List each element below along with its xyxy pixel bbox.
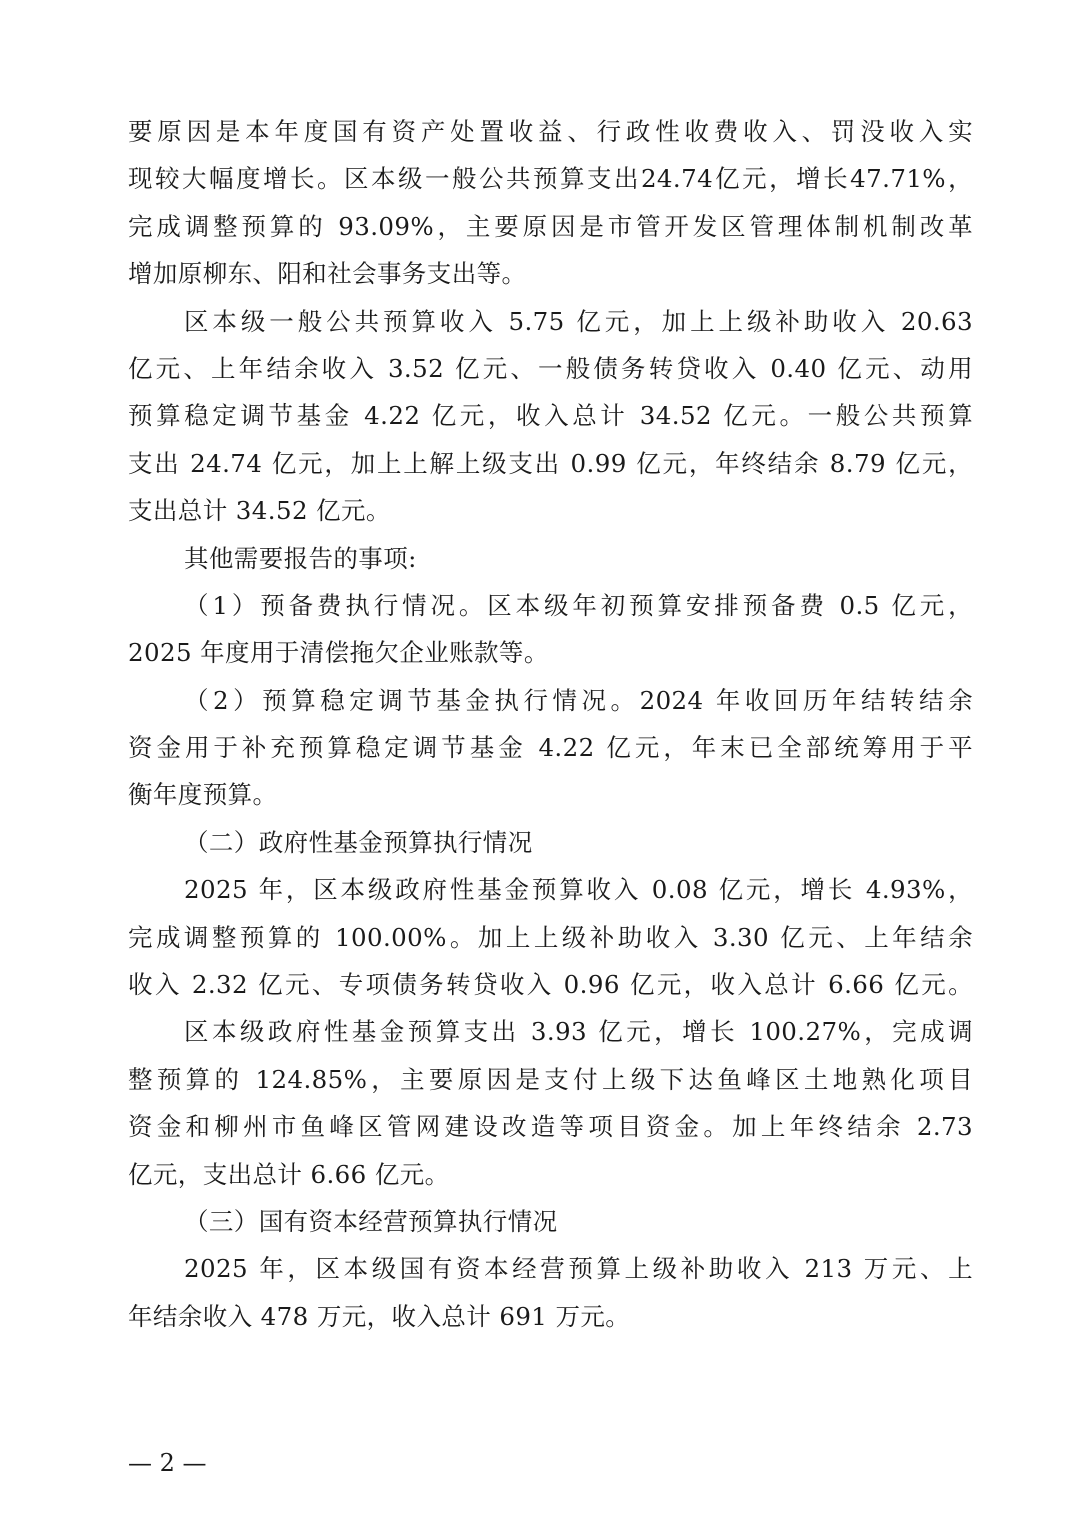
- paragraph-line: 预算稳定调节基金 4.22 亿元，收入总计 34.52 亿元。一般公共预算: [128, 392, 973, 439]
- paragraph-line: 亿元，支出总计 6.66 亿元。: [128, 1151, 973, 1198]
- paragraph-line: 2025 年，区本级国有资本经营预算上级补助收入 213 万元、上: [128, 1245, 973, 1292]
- paragraph-line: 年结余收入 478 万元，收入总计 691 万元。: [128, 1293, 973, 1340]
- document-page: 要原因是本年度国有资产处置收益、行政性收费收入、罚没收入实 现较大幅度增长。区本…: [0, 0, 1074, 1520]
- page-number: — 2 —: [128, 1448, 207, 1478]
- paragraph-line: 支出总计 34.52 亿元。: [128, 487, 973, 534]
- paragraph-line: 完成调整预算的 93.09%，主要原因是市管开发区管理体制机制改革: [128, 203, 973, 250]
- paragraph-line: 增加原柳东、阳和社会事务支出等。: [128, 250, 973, 297]
- paragraph-line: 其他需要报告的事项:: [128, 535, 973, 582]
- paragraph-line: 2025 年度用于清偿拖欠企业账款等。: [128, 629, 973, 676]
- paragraph-line: 区本级一般公共预算收入 5.75 亿元，加上上级补助收入 20.63: [128, 298, 973, 345]
- document-body: 要原因是本年度国有资产处置收益、行政性收费收入、罚没收入实 现较大幅度增长。区本…: [128, 108, 973, 1340]
- paragraph-line: 2025 年，区本级政府性基金预算收入 0.08 亿元，增长 4.93%，: [128, 866, 973, 913]
- section-heading: （二）政府性基金预算执行情况: [128, 819, 973, 866]
- paragraph-line: 要原因是本年度国有资产处置收益、行政性收费收入、罚没收入实: [128, 108, 973, 155]
- paragraph-line: 支出 24.74 亿元，加上上解上级支出 0.99 亿元，年终结余 8.79 亿…: [128, 440, 973, 487]
- paragraph-line: 完成调整预算的 100.00%。加上上级补助收入 3.30 亿元、上年结余: [128, 914, 973, 961]
- paragraph-line: 收入 2.32 亿元、专项债务转贷收入 0.96 亿元，收入总计 6.66 亿元…: [128, 961, 973, 1008]
- paragraph-line: 现较大幅度增长。区本级一般公共预算支出24.74亿元，增长47.71%，: [128, 155, 973, 202]
- paragraph-line: 衡年度预算。: [128, 771, 973, 818]
- paragraph-line: 区本级政府性基金预算支出 3.93 亿元，增长 100.27%，完成调: [128, 1008, 973, 1055]
- paragraph-line: （2）预算稳定调节基金执行情况。2024 年收回历年结转结余: [128, 677, 973, 724]
- paragraph-line: 资金和柳州市鱼峰区管网建设改造等项目资金。加上年终结余 2.73: [128, 1103, 973, 1150]
- paragraph-line: 资金用于补充预算稳定调节基金 4.22 亿元，年末已全部统筹用于平: [128, 724, 973, 771]
- paragraph-line: 整预算的 124.85%，主要原因是支付上级下达鱼峰区土地熟化项目: [128, 1056, 973, 1103]
- section-heading: （三）国有资本经营预算执行情况: [128, 1198, 973, 1245]
- paragraph-line: 亿元、上年结余收入 3.52 亿元、一般债务转贷收入 0.40 亿元、动用: [128, 345, 973, 392]
- paragraph-line: （1）预备费执行情况。区本级年初预算安排预备费 0.5 亿元，: [128, 582, 973, 629]
